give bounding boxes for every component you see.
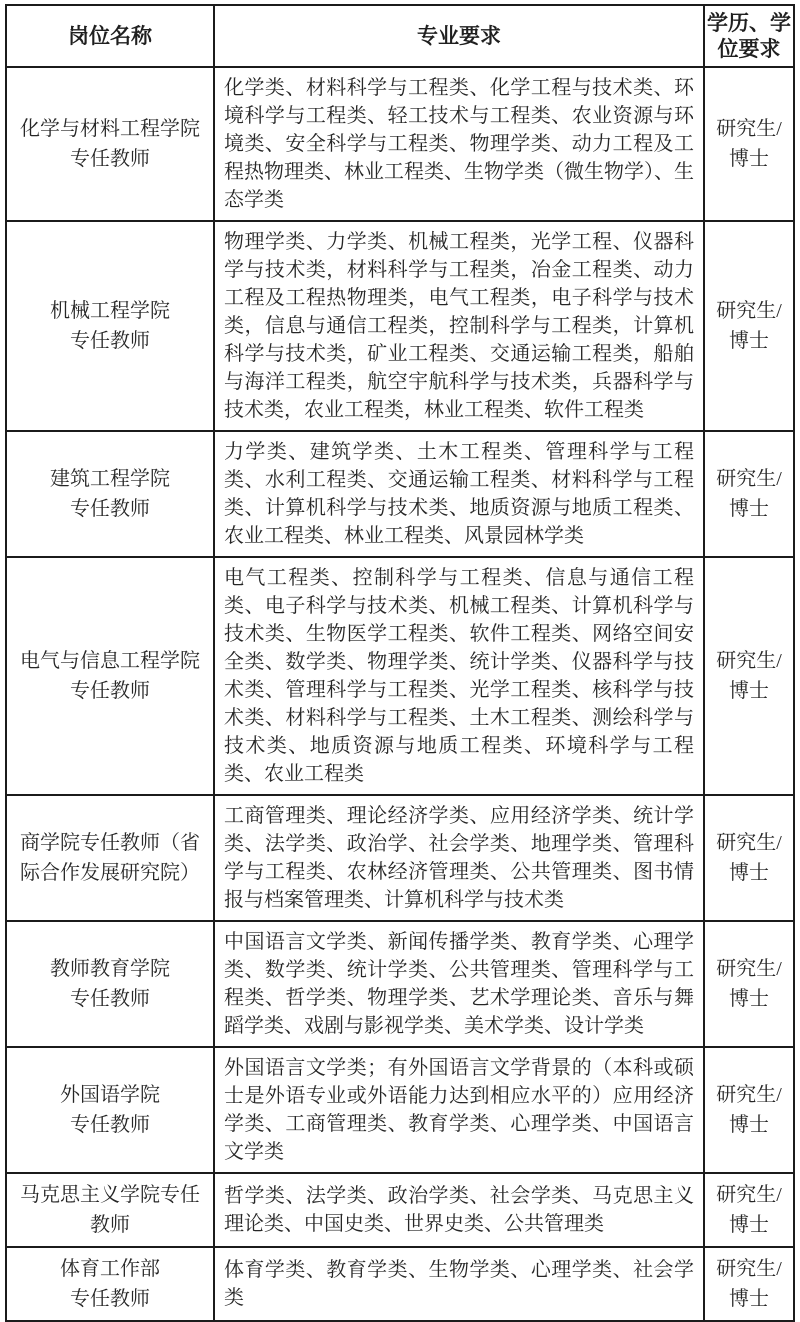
table-row: 外国语学院 专任教师 外国语言文学类；有外国语言文学背景的（本科或硕士是外语专业… (6, 1047, 794, 1173)
table-row: 体育工作部 专任教师 体育学类、教育学类、生物学类、心理学类、社会学类 研究生/… (6, 1247, 794, 1321)
majors-cell: 电气工程类、控制科学与工程类、信息与通信工程类、电子科学与技术类、机械工程类、计… (214, 557, 704, 795)
header-majors: 专业要求 (214, 5, 704, 67)
position-cell: 商学院专任教师（省际合作发展研究院） (6, 795, 214, 921)
job-positions-table: 岗位名称 专业要求 学历、学 位要求 化学与材料工程学院 专任教师 化学类、材料… (5, 4, 795, 1322)
degree-cell: 研究生/ 博士 (704, 1173, 794, 1247)
position-cell: 教师教育学院 专任教师 (6, 921, 214, 1047)
degree-cell: 研究生/ 博士 (704, 921, 794, 1047)
position-cell: 建筑工程学院 专任教师 (6, 431, 214, 557)
degree-cell: 研究生/ 博士 (704, 431, 794, 557)
degree-cell: 研究生/ 博士 (704, 221, 794, 431)
position-cell: 外国语学院 专任教师 (6, 1047, 214, 1173)
majors-cell: 哲学类、法学类、政治学类、社会学类、马克思主义理论类、中国史类、世界史类、公共管… (214, 1173, 704, 1247)
table-body: 化学与材料工程学院 专任教师 化学类、材料科学与工程类、化学工程与技术类、环境科… (6, 67, 794, 1321)
degree-cell: 研究生/ 博士 (704, 1047, 794, 1173)
position-cell: 电气与信息工程学院 专任教师 (6, 557, 214, 795)
table-row: 商学院专任教师（省际合作发展研究院） 工商管理类、理论经济学类、应用经济学类、统… (6, 795, 794, 921)
header-row: 岗位名称 专业要求 学历、学 位要求 (6, 5, 794, 67)
table-row: 机械工程学院 专任教师 物理学类、力学类、机械工程类，光学工程、仪器科学与技术类… (6, 221, 794, 431)
position-cell: 体育工作部 专任教师 (6, 1247, 214, 1321)
position-cell: 化学与材料工程学院 专任教师 (6, 67, 214, 221)
majors-cell: 体育学类、教育学类、生物学类、心理学类、社会学类 (214, 1247, 704, 1321)
table-row: 教师教育学院 专任教师 中国语言文学类、新闻传播学类、教育学类、心理学类、数学类… (6, 921, 794, 1047)
majors-cell: 力学类、建筑学类、土木工程类、管理科学与工程类、水利工程类、交通运输工程类、材料… (214, 431, 704, 557)
table-header: 岗位名称 专业要求 学历、学 位要求 (6, 5, 794, 67)
majors-cell: 物理学类、力学类、机械工程类，光学工程、仪器科学与技术类，材料科学与工程类，冶金… (214, 221, 704, 431)
majors-cell: 化学类、材料科学与工程类、化学工程与技术类、环境科学与工程类、轻工技术与工程类、… (214, 67, 704, 221)
degree-cell: 研究生/ 博士 (704, 1247, 794, 1321)
recruitment-table-page: 岗位名称 专业要求 学历、学 位要求 化学与材料工程学院 专任教师 化学类、材料… (0, 0, 800, 1291)
majors-cell: 中国语言文学类、新闻传播学类、教育学类、心理学类、数学类、统计学类、公共管理类、… (214, 921, 704, 1047)
majors-cell: 外国语言文学类；有外国语言文学背景的（本科或硕士是外语专业或外语能力达到相应水平… (214, 1047, 704, 1173)
degree-cell: 研究生/ 博士 (704, 557, 794, 795)
table-row: 建筑工程学院 专任教师 力学类、建筑学类、土木工程类、管理科学与工程类、水利工程… (6, 431, 794, 557)
table-row: 马克思主义学院专任教师 哲学类、法学类、政治学类、社会学类、马克思主义理论类、中… (6, 1173, 794, 1247)
table-row: 化学与材料工程学院 专任教师 化学类、材料科学与工程类、化学工程与技术类、环境科… (6, 67, 794, 221)
position-cell: 马克思主义学院专任教师 (6, 1173, 214, 1247)
degree-cell: 研究生/ 博士 (704, 67, 794, 221)
majors-cell: 工商管理类、理论经济学类、应用经济学类、统计学类、法学类、政治学、社会学类、地理… (214, 795, 704, 921)
position-cell: 机械工程学院 专任教师 (6, 221, 214, 431)
header-position: 岗位名称 (6, 5, 214, 67)
header-degree: 学历、学 位要求 (704, 5, 794, 67)
degree-cell: 研究生/ 博士 (704, 795, 794, 921)
table-row: 电气与信息工程学院 专任教师 电气工程类、控制科学与工程类、信息与通信工程类、电… (6, 557, 794, 795)
